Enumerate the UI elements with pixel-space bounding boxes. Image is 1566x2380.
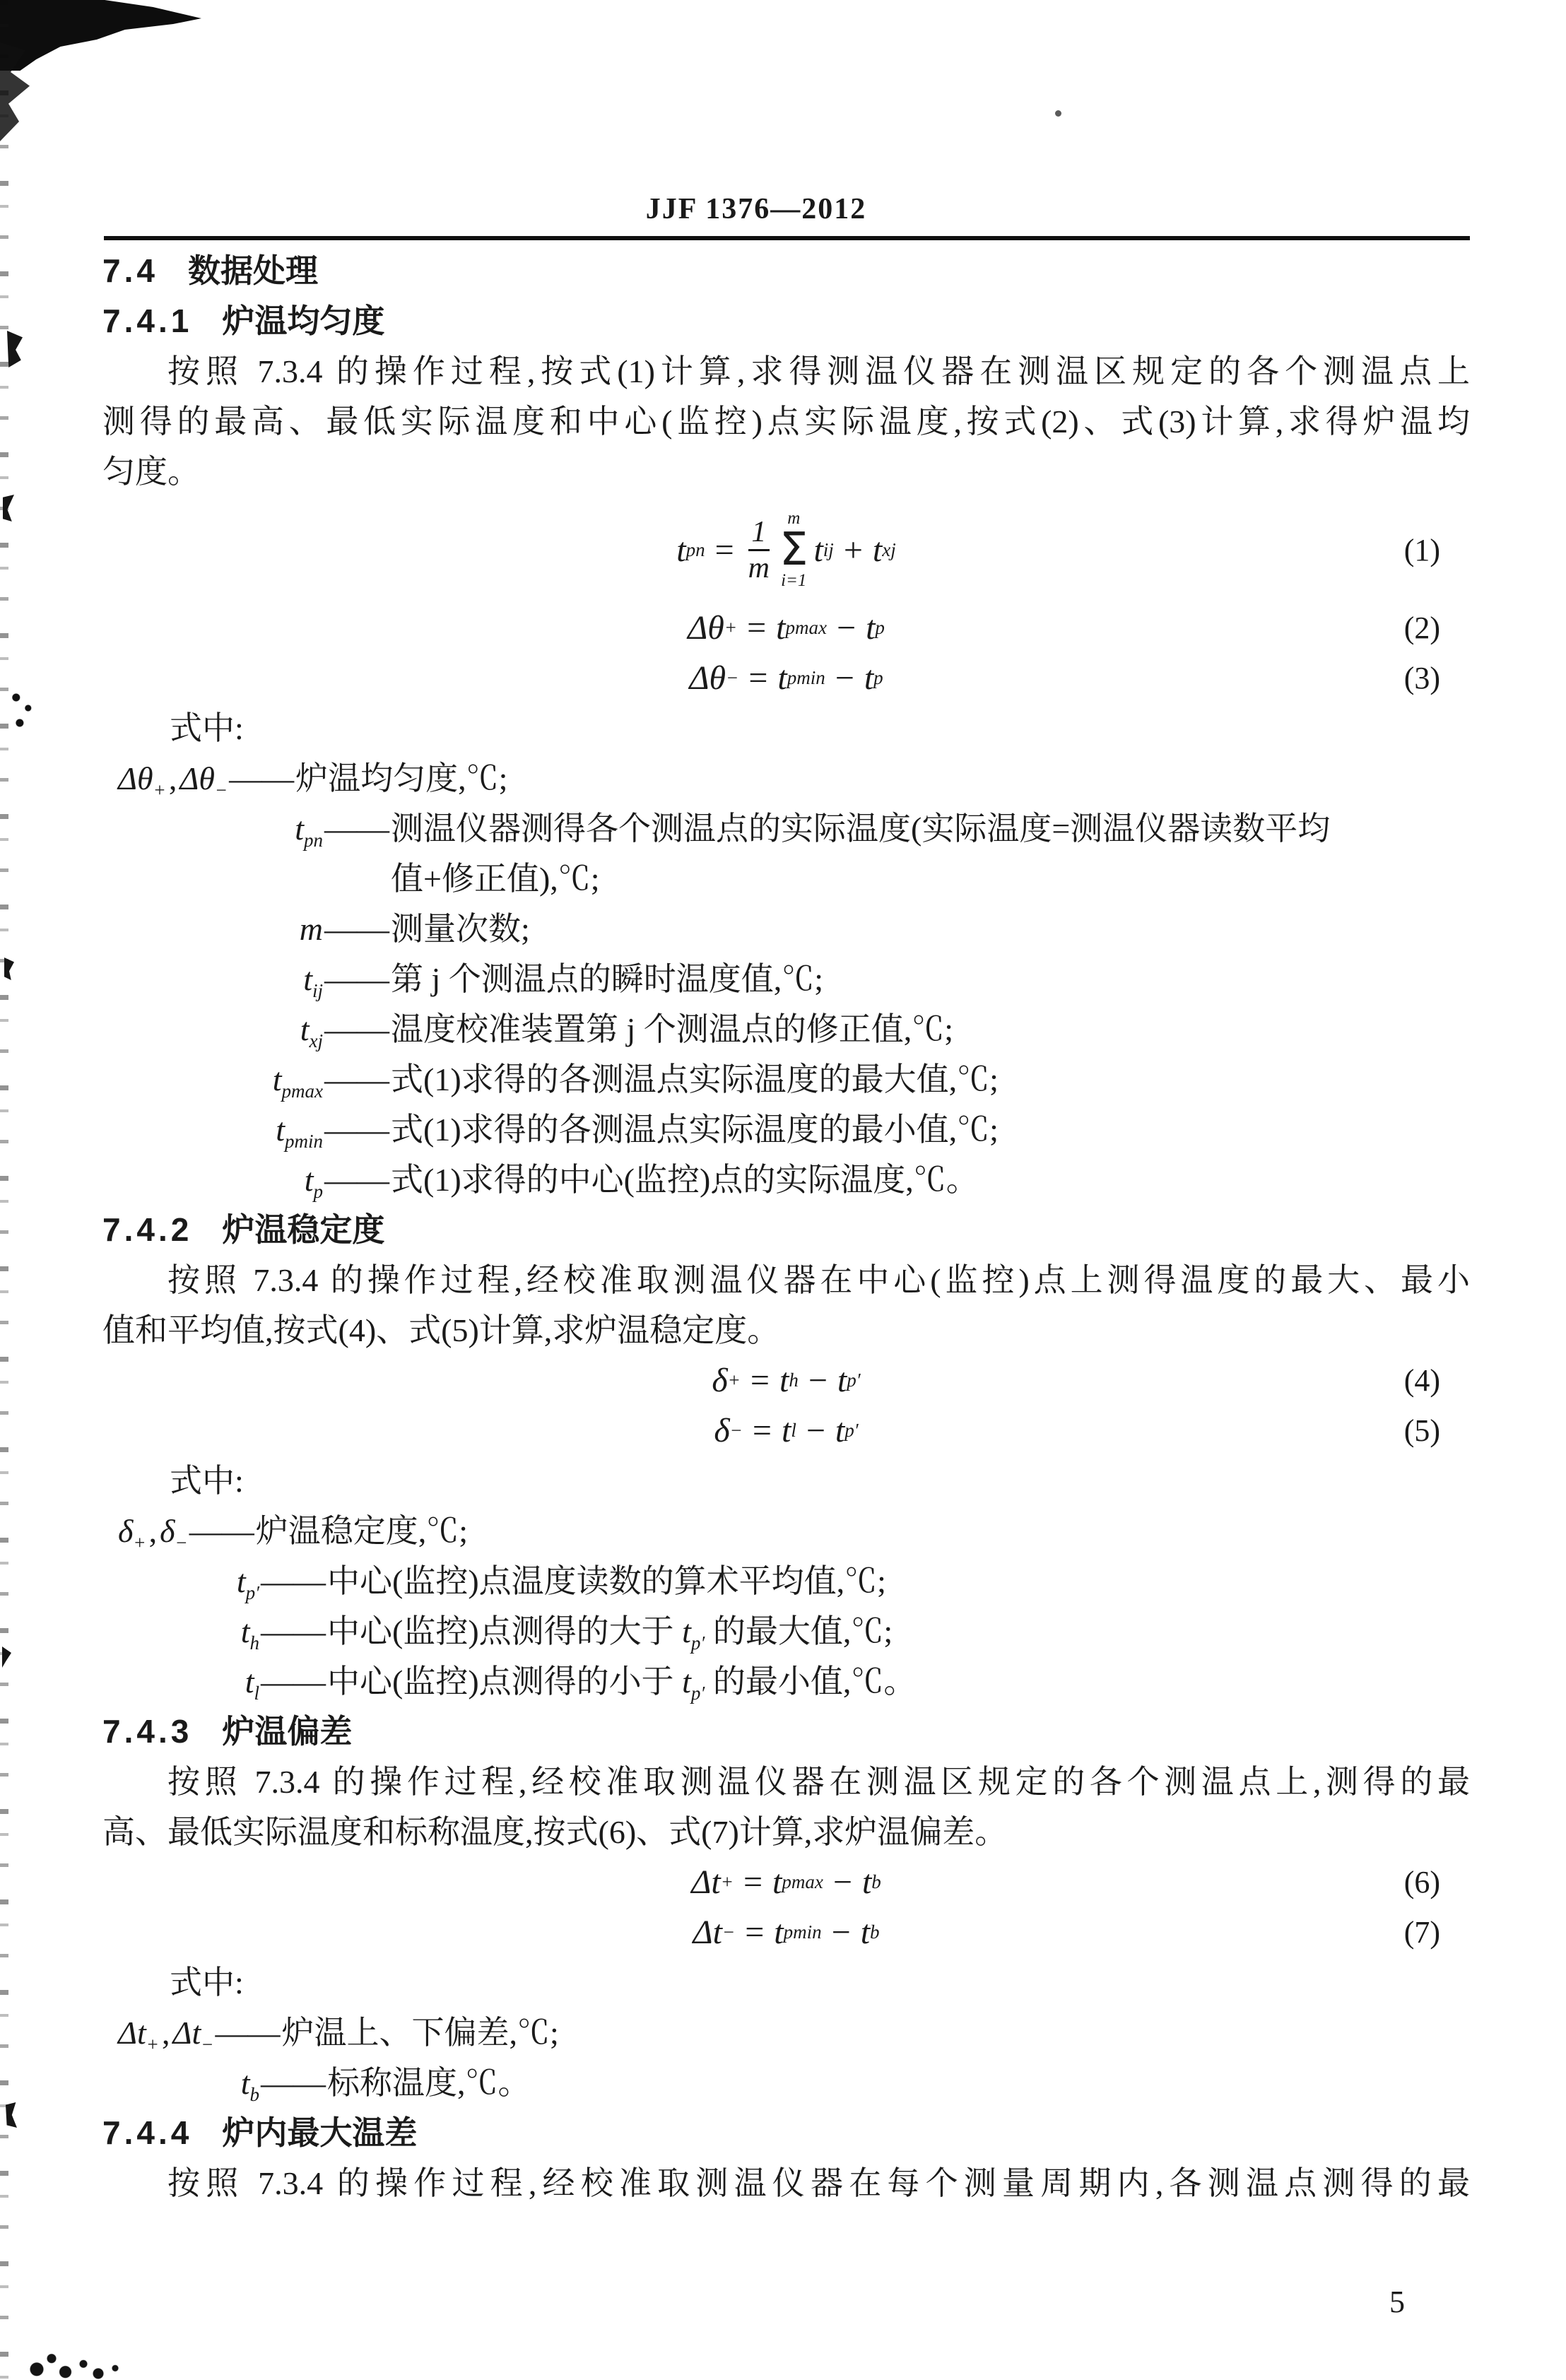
symbol: tpn — [102, 803, 323, 854]
section-heading-7-4: 7.4数据处理 — [102, 246, 1470, 296]
section-number: 7.4.1 — [102, 302, 192, 339]
formula-lhs: δ — [712, 1361, 727, 1400]
formula-lhs: Δt — [693, 1913, 722, 1952]
paragraph-line: 匀度。 — [102, 447, 1470, 497]
definition-dash: —— — [323, 1155, 391, 1205]
symbol-definition: δ+,δ− —— 炉温稳定度,℃; — [102, 1506, 1470, 1556]
where-label: 式中: — [102, 1456, 1470, 1506]
symbol-definition: tb —— 标称温度,℃。 — [102, 2058, 1470, 2108]
definition-text: 中心(监控)点温度读数的算术平均值,℃; — [327, 1556, 886, 1606]
symbol-definition: tpmin —— 式(1)求得的各测温点实际温度的最小值,℃; — [102, 1104, 1470, 1155]
definition-dash: —— — [214, 2008, 282, 2058]
section-title: 炉温稳定度 — [222, 1211, 384, 1248]
symbol-definition: tpn —— 测温仪器测得各个测温点的实际温度(实际温度=测温仪器读数平均 — [102, 803, 1470, 854]
definition-text: 炉温上、下偏差,℃; — [282, 2008, 559, 2058]
definition-dash: —— — [323, 1004, 391, 1054]
where-label: 式中: — [102, 1957, 1470, 2008]
definition-text: 标称温度,℃。 — [327, 2058, 531, 2108]
formula-term: t — [835, 1411, 844, 1450]
symbol: m — [102, 904, 323, 954]
scan-ink-blob-corner — [0, 0, 201, 71]
definition-text: 炉温均匀度,℃; — [295, 753, 507, 803]
fraction-denominator: m — [748, 553, 770, 583]
definition-dash: —— — [323, 954, 391, 1004]
paragraph-line: 测得的最高、最低实际温度和中心(监控)点实际温度,按式(2)、式(3)计算,求得… — [102, 396, 1470, 447]
paragraph-line: 按照 7.3.4 的操作过程,经校准取测温仪器在中心(监控)点上测得温度的最大、… — [102, 1255, 1470, 1305]
formula-lhs: Δθ — [688, 608, 724, 647]
section-title: 炉内最大温差 — [222, 2114, 417, 2151]
definition-text: 测温仪器测得各个测温点的实际温度(实际温度=测温仪器读数平均 — [391, 803, 1330, 854]
section-number: 7.4.4 — [102, 2114, 192, 2151]
formula-2: Δθ+ = tpmax − tp (2) — [102, 603, 1470, 653]
definition-text: 炉温稳定度,℃; — [256, 1506, 468, 1556]
summation: m Σ i=1 — [779, 509, 808, 591]
formula-6: Δt+ = tpmax − tb (6) — [102, 1857, 1470, 1907]
formula-1: tpn = 1 m m Σ i=1 tij + txj (1) — [102, 497, 1470, 603]
formula-term: t — [777, 659, 787, 697]
symbol-definition: tpmax —— 式(1)求得的各测温点实际温度的最大值,℃; — [102, 1054, 1470, 1104]
minus-sign: − — [832, 1913, 851, 1952]
scan-speck — [7, 331, 23, 367]
paragraph-line: 值和平均值,按式(4)、式(5)计算,求炉温稳定度。 — [102, 1305, 1470, 1355]
formula-number: (5) — [1404, 1413, 1440, 1449]
page-body: 7.4数据处理 7.4.1炉温均匀度 按照 7.3.4 的操作过程,按式(1)计… — [102, 246, 1470, 2208]
paragraph-line: 按照 7.3.4 的操作过程,经校准取测温仪器在测温区规定的各个测温点上,测得的… — [102, 1757, 1470, 1807]
section-heading-7-4-4: 7.4.4炉内最大温差 — [102, 2108, 1470, 2158]
formula-term: t — [813, 531, 823, 570]
definition-dash: —— — [228, 753, 295, 803]
equals-sign: = — [743, 1863, 763, 1902]
formula-term: t — [782, 1411, 791, 1450]
paragraph-line: 按照 7.3.4 的操作过程,经校准取测温仪器在每个测量周期内,各测温点测得的最 — [102, 2158, 1470, 2208]
symbol-definition: txj —— 温度校准装置第 j 个测温点的修正值,℃; — [102, 1004, 1470, 1054]
definition-text: 式(1)求得的中心(监控)点的实际温度,℃。 — [391, 1155, 979, 1205]
symbol: Δt+,Δt− — [102, 2008, 214, 2058]
formula-3: Δθ− = tpmin − tp (3) — [102, 653, 1470, 703]
symbol: Δθ+,Δθ− — [102, 753, 228, 803]
formula-lhs: t — [676, 531, 685, 570]
definition-dash: —— — [323, 1054, 391, 1104]
symbol: tpmax — [102, 1054, 323, 1104]
definition-dash: —— — [259, 1656, 327, 1707]
minus-sign: − — [833, 1863, 852, 1902]
equals-sign: = — [745, 1913, 764, 1952]
definition-dash: —— — [259, 1606, 327, 1656]
section-title: 数据处理 — [188, 252, 318, 289]
fraction: 1 m — [748, 517, 770, 583]
fraction-bar — [748, 549, 770, 551]
formula-7: Δt− = tpmin − tb (7) — [102, 1907, 1470, 1957]
symbol: δ+,δ− — [102, 1506, 188, 1556]
definition-dash: —— — [323, 803, 391, 854]
sigma-symbol: Σ — [779, 529, 808, 572]
formula-term: t — [776, 608, 785, 647]
page-number: 5 — [1389, 2284, 1405, 2320]
formula-term: t — [862, 1863, 871, 1902]
definition-dash: —— — [323, 904, 391, 954]
standard-number-header: JJF 1376—2012 — [0, 192, 1539, 226]
symbol-definition: Δt+,Δt− —— 炉温上、下偏差,℃; — [102, 2008, 1470, 2058]
formula-5: δ− = tl − tp′ (5) — [102, 1406, 1470, 1456]
plus-sign: + — [844, 531, 863, 570]
formula-number: (3) — [1404, 660, 1440, 696]
minus-sign: − — [835, 659, 854, 697]
definition-dash: —— — [188, 1506, 256, 1556]
formula-term: t — [772, 1863, 782, 1902]
fraction-numerator: 1 — [751, 517, 766, 547]
formula-term: t — [866, 608, 875, 647]
equals-sign: = — [750, 1361, 770, 1400]
symbol: tpmin — [102, 1104, 323, 1155]
symbol: tb — [102, 2058, 259, 2108]
definition-text: 第 j 个测温点的瞬时温度值,℃; — [391, 954, 823, 1004]
paragraph-line: 按照 7.3.4 的操作过程,按式(1)计算,求得测温仪器在测温区规定的各个测温… — [102, 346, 1470, 396]
definition-text: 测量次数; — [391, 904, 530, 954]
section-heading-7-4-1: 7.4.1炉温均匀度 — [102, 296, 1470, 346]
scan-speck — [11, 689, 35, 731]
section-title: 炉温均匀度 — [222, 302, 384, 339]
section-number: 7.4.3 — [102, 1713, 192, 1750]
symbol-definition: m —— 测量次数; — [102, 904, 1470, 954]
formula-number: (1) — [1404, 532, 1440, 568]
equals-sign: = — [715, 531, 734, 570]
section-number: 7.4.2 — [102, 1211, 192, 1248]
symbol-definition: tp —— 式(1)求得的中心(监控)点的实际温度,℃。 — [102, 1155, 1470, 1205]
scan-speck — [3, 495, 14, 522]
section-heading-7-4-3: 7.4.3炉温偏差 — [102, 1707, 1470, 1757]
scan-dot — [1055, 110, 1061, 117]
symbol-definition: Δθ+,Δθ− —— 炉温均匀度,℃; — [102, 753, 1470, 803]
definition-text: 式(1)求得的各测温点实际温度的最小值,℃; — [391, 1104, 999, 1155]
formula-term: t — [861, 1913, 870, 1952]
equals-sign: = — [748, 659, 767, 697]
section-number: 7.4 — [102, 252, 158, 289]
formula-lhs: Δθ — [689, 659, 726, 697]
definition-text: 中心(监控)点测得的大于 tp′ 的最大值,℃; — [327, 1606, 893, 1656]
section-heading-7-4-2: 7.4.2炉温稳定度 — [102, 1205, 1470, 1255]
formula-term: t — [873, 531, 882, 570]
formula-term: t — [837, 1361, 847, 1400]
minus-sign: − — [808, 1361, 828, 1400]
symbol-definition: tij —— 第 j 个测温点的瞬时温度值,℃; — [102, 954, 1470, 1004]
sum-lower-limit: i=1 — [781, 571, 806, 591]
formula-lhs: δ — [714, 1411, 729, 1450]
scan-speck — [4, 958, 14, 980]
definition-text: 中心(监控)点测得的小于 tp′ 的最小值,℃。 — [327, 1656, 916, 1707]
formula-term: t — [774, 1913, 783, 1952]
paragraph-line: 高、最低实际温度和标称温度,按式(6)、式(7)计算,求炉温偏差。 — [102, 1807, 1470, 1857]
formula-lhs: Δt — [691, 1863, 721, 1902]
symbol: tp — [102, 1155, 323, 1205]
symbol: tl — [102, 1656, 259, 1707]
definition-text: 温度校准装置第 j 个测温点的修正值,℃; — [391, 1004, 953, 1054]
scan-speck — [6, 2102, 17, 2128]
symbol-definition: tl —— 中心(监控)点测得的小于 tp′ 的最小值,℃。 — [102, 1656, 1470, 1707]
definition-dash: —— — [259, 2058, 327, 2108]
formula-4: δ+ = th − tp′ (4) — [102, 1355, 1470, 1406]
equals-sign: = — [753, 1411, 772, 1450]
symbol: th — [102, 1606, 259, 1656]
definition-dash: —— — [259, 1556, 327, 1606]
definition-dash: —— — [323, 1104, 391, 1155]
where-label: 式中: — [102, 703, 1470, 753]
symbol-definition: tp′ —— 中心(监控)点温度读数的算术平均值,℃; — [102, 1556, 1470, 1606]
formula-term: t — [779, 1361, 789, 1400]
formula-number: (6) — [1404, 1864, 1440, 1900]
formula-number: (4) — [1404, 1362, 1440, 1398]
equals-sign: = — [747, 608, 766, 647]
formula-number: (7) — [1404, 1914, 1440, 1950]
minus-sign: − — [806, 1411, 825, 1450]
formula-number: (2) — [1404, 610, 1440, 646]
symbol-definition: th —— 中心(监控)点测得的大于 tp′ 的最大值,℃; — [102, 1606, 1470, 1656]
formula-term: t — [864, 659, 873, 697]
section-title: 炉温偏差 — [222, 1713, 352, 1750]
symbol: txj — [102, 1004, 323, 1054]
scan-speck-bottom-cluster — [28, 2326, 134, 2380]
symbol: tij — [102, 954, 323, 1004]
scan-left-edge-noise — [0, 0, 8, 2380]
header-rule — [104, 236, 1470, 240]
definition-text: 式(1)求得的各测温点实际温度的最大值,℃; — [391, 1054, 999, 1104]
symbol: tp′ — [102, 1556, 259, 1606]
minus-sign: − — [837, 608, 856, 647]
definition-text-wrap: 值+修正值),℃; — [391, 854, 1470, 904]
